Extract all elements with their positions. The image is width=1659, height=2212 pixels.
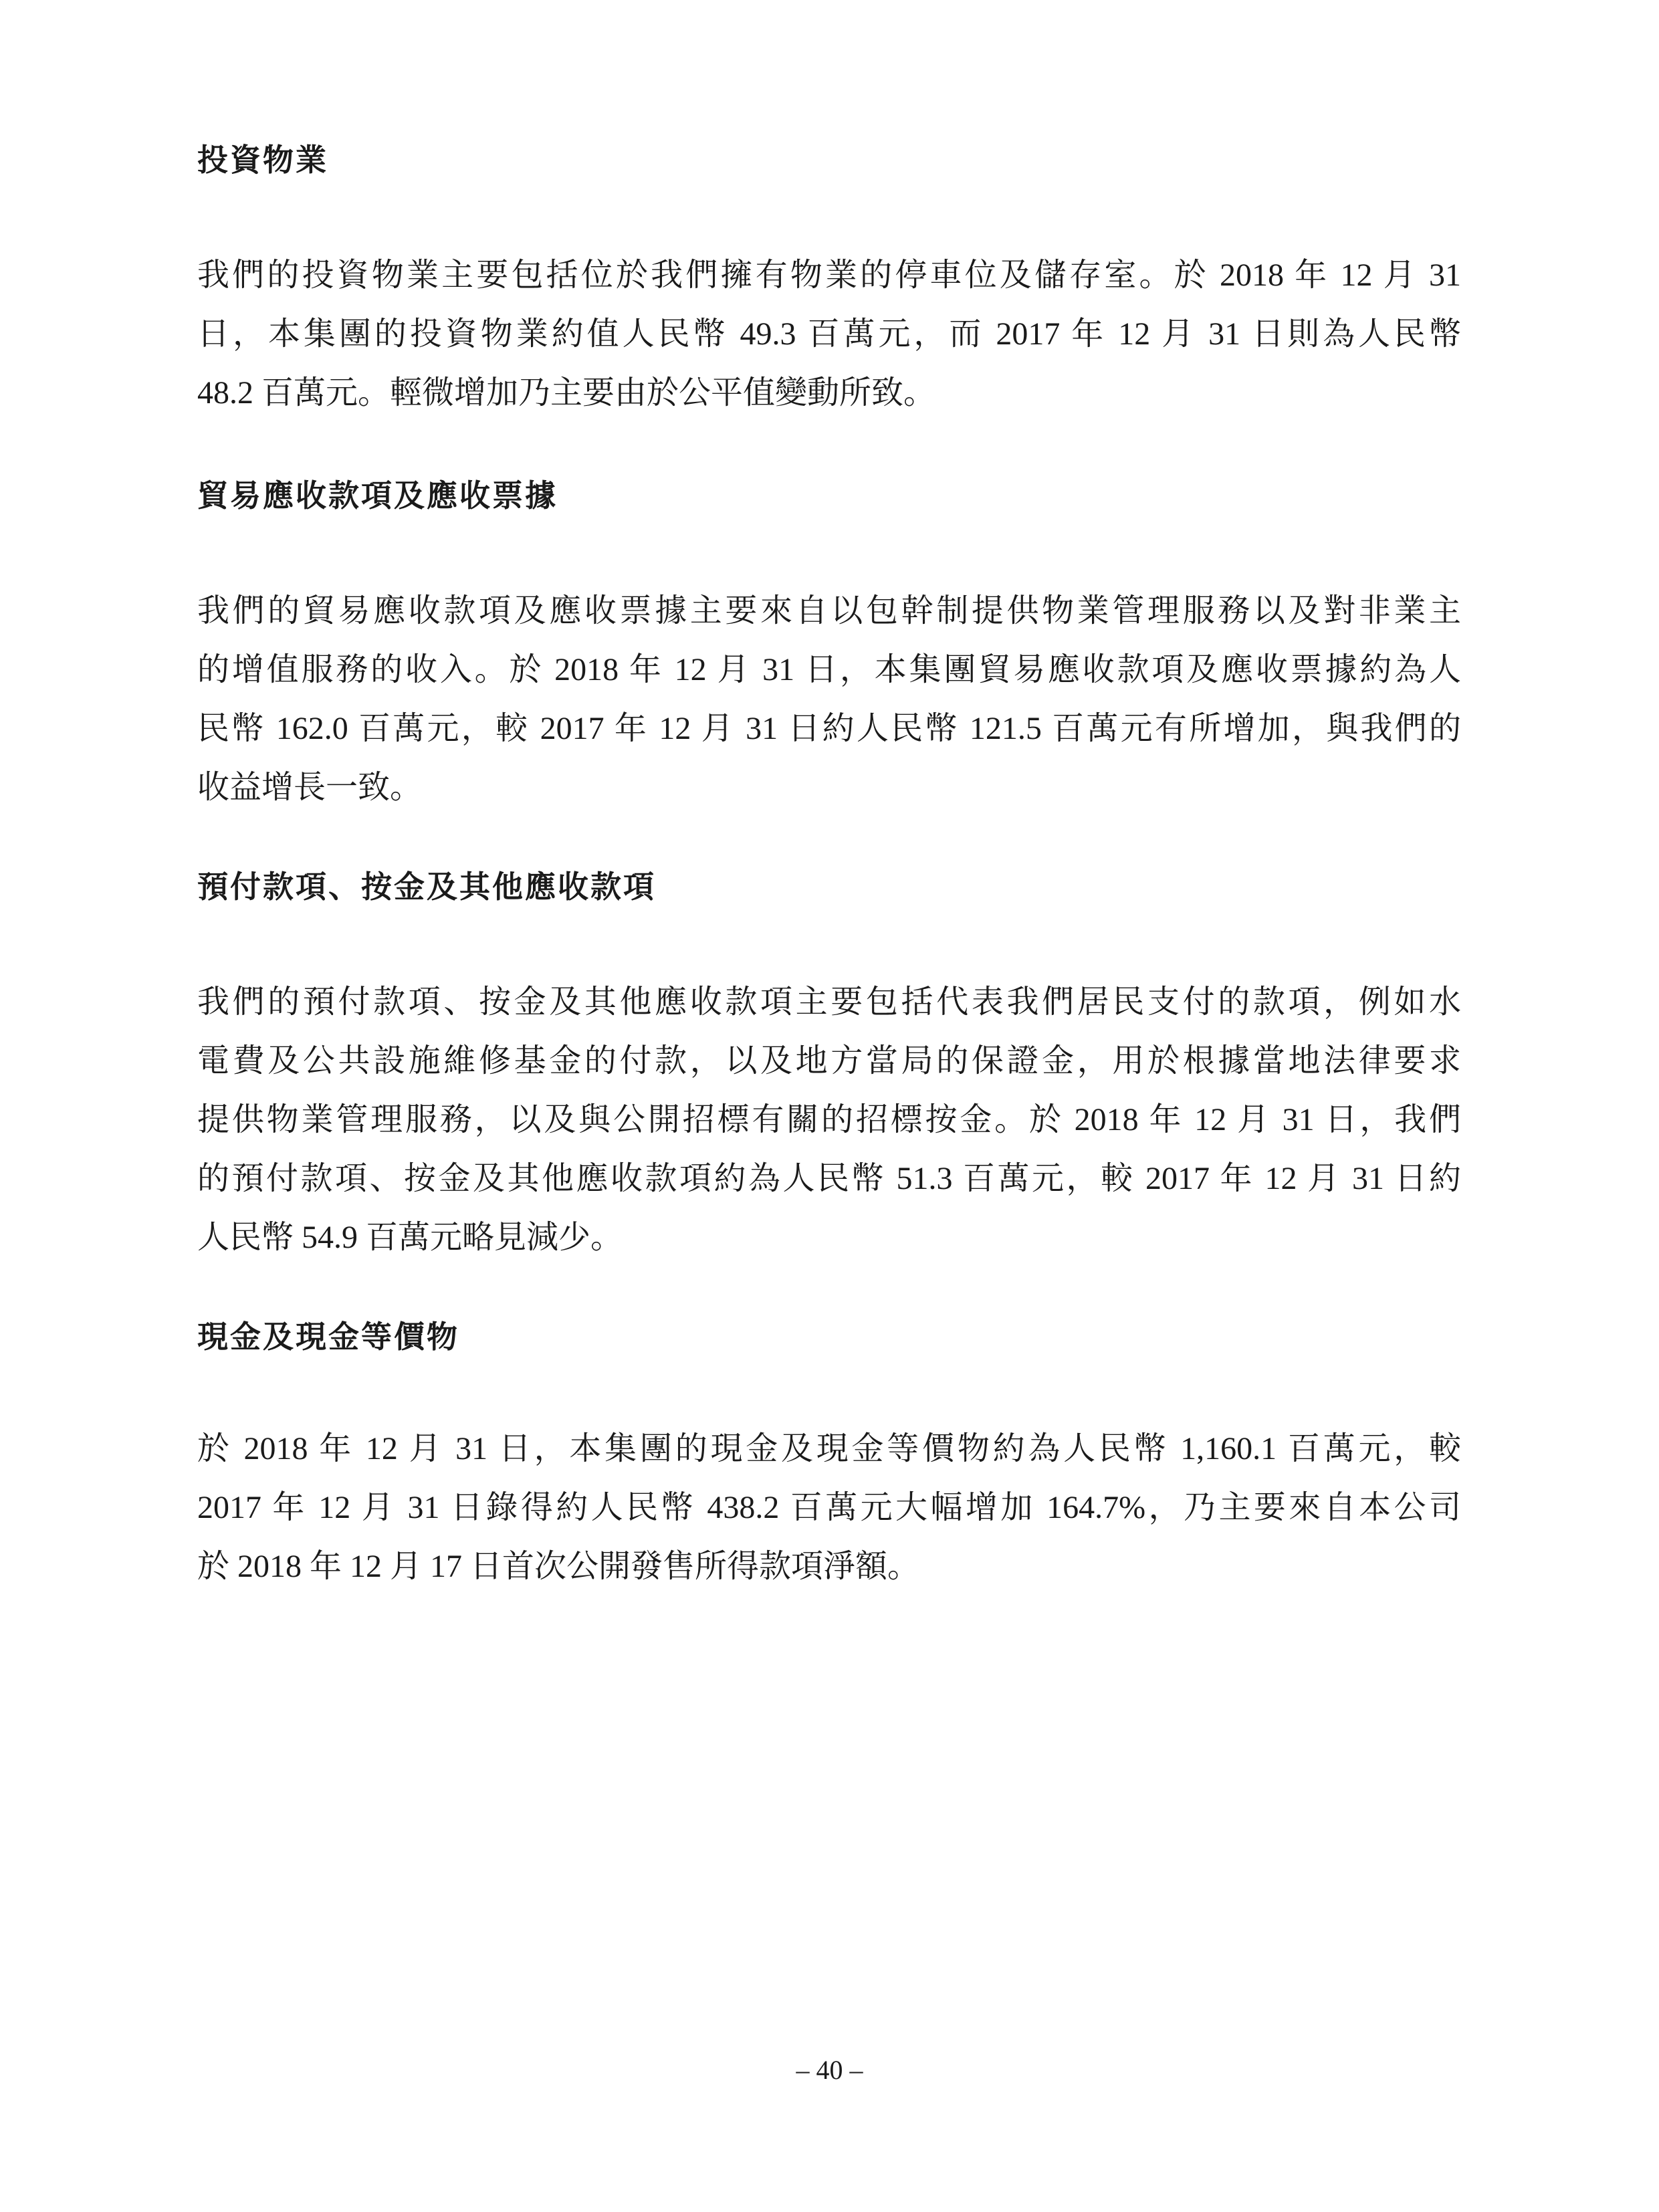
paragraph-line: 的預付款項、按金及其他應收款項約為人民幣 51.3 百萬元，較 2017 年 1… xyxy=(197,1149,1461,1208)
section-heading: 貿易應收款項及應收票據 xyxy=(197,479,1461,512)
section-heading: 投資物業 xyxy=(197,144,1461,176)
paragraph: 我們的貿易應收款項及應收票據主要來自以包幹制提供物業管理服務以及對非業主 的增值… xyxy=(197,582,1461,817)
text-block: 投資物業 我們的投資物業主要包括位於我們擁有物業的停車位及儲存室。於 2018 … xyxy=(197,0,1461,1596)
paragraph-line: 收益增長一致。 xyxy=(197,758,1461,817)
paragraph: 於 2018 年 12 月 31 日，本集團的現金及現金等價物約為人民幣 1,1… xyxy=(197,1420,1461,1596)
section-heading: 預付款項、按金及其他應收款項 xyxy=(197,871,1461,903)
paragraph: 我們的預付款項、按金及其他應收款項主要包括代表我們居民支付的款項，例如水 電費及… xyxy=(197,973,1461,1267)
paragraph-line: 我們的投資物業主要包括位於我們擁有物業的停車位及儲存室。於 2018 年 12 … xyxy=(197,246,1461,305)
page-footer: – 40 – xyxy=(0,2054,1659,2086)
paragraph-line: 48.2 百萬元。輕微增加乃主要由於公平值變動所致。 xyxy=(197,364,1461,423)
paragraph-line: 於 2018 年 12 月 31 日，本集團的現金及現金等價物約為人民幣 1,1… xyxy=(197,1420,1461,1478)
section-prepayments-deposits: 預付款項、按金及其他應收款項 我們的預付款項、按金及其他應收款項主要包括代表我們… xyxy=(197,871,1461,1267)
paragraph-line: 我們的預付款項、按金及其他應收款項主要包括代表我們居民支付的款項，例如水 xyxy=(197,973,1461,1032)
paragraph-line: 提供物業管理服務，以及與公開招標有關的招標按金。於 2018 年 12 月 31… xyxy=(197,1091,1461,1149)
paragraph-line: 人民幣 54.9 百萬元略見減少。 xyxy=(197,1208,1461,1267)
paragraph-line: 的增值服務的收入。於 2018 年 12 月 31 日，本集團貿易應收款項及應收… xyxy=(197,641,1461,699)
paragraph-line: 日，本集團的投資物業約值人民幣 49.3 百萬元，而 2017 年 12 月 3… xyxy=(197,305,1461,364)
paragraph-line: 電費及公共設施維修基金的付款，以及地方當局的保證金，用於根據當地法律要求 xyxy=(197,1032,1461,1091)
section-investment-properties: 投資物業 我們的投資物業主要包括位於我們擁有物業的停車位及儲存室。於 2018 … xyxy=(197,144,1461,423)
paragraph: 我們的投資物業主要包括位於我們擁有物業的停車位及儲存室。於 2018 年 12 … xyxy=(197,246,1461,423)
document-page: 投資物業 我們的投資物業主要包括位於我們擁有物業的停車位及儲存室。於 2018 … xyxy=(0,0,1659,2212)
section-heading: 現金及現金等價物 xyxy=(197,1321,1461,1353)
paragraph-line: 2017 年 12 月 31 日錄得約人民幣 438.2 百萬元大幅增加 164… xyxy=(197,1478,1461,1537)
section-trade-receivables: 貿易應收款項及應收票據 我們的貿易應收款項及應收票據主要來自以包幹制提供物業管理… xyxy=(197,479,1461,817)
section-cash-equivalents: 現金及現金等價物 於 2018 年 12 月 31 日，本集團的現金及現金等價物… xyxy=(197,1321,1461,1596)
page-number: – 40 – xyxy=(796,2055,863,2085)
paragraph-line: 我們的貿易應收款項及應收票據主要來自以包幹制提供物業管理服務以及對非業主 xyxy=(197,582,1461,641)
paragraph-line: 民幣 162.0 百萬元，較 2017 年 12 月 31 日約人民幣 121.… xyxy=(197,699,1461,758)
paragraph-line: 於 2018 年 12 月 17 日首次公開發售所得款項淨額。 xyxy=(197,1537,1461,1596)
